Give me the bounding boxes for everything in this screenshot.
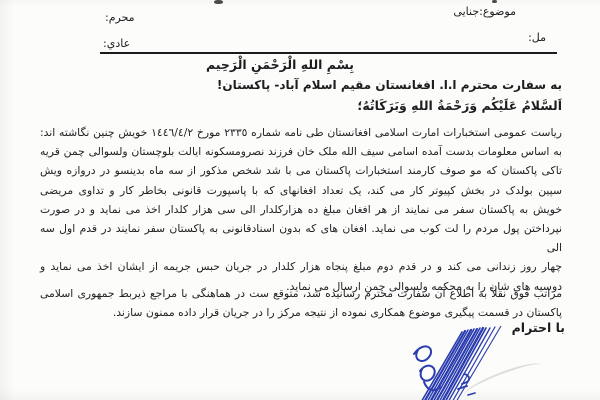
body-line: مراتب فوق نقلاً به اطلاع آن سفارت محترم … xyxy=(40,284,562,303)
body-line: سپین بولدک در بخش کپیوتر کار می کند، یک … xyxy=(40,181,562,200)
body-line: پاکستان در قسمت پیگیری موضوع همکاری نمود… xyxy=(40,303,562,322)
scan-speck xyxy=(492,0,497,3)
body-line: چهار روز زندانی می کند و در قدم دوم مبلغ… xyxy=(40,257,562,276)
header-rule xyxy=(100,52,557,54)
bismillah-text: بِسْمِ اللهِ الْرَحْمَنِ الْرَحِيم xyxy=(100,57,460,72)
body-line: نپرداختن پول مردم را لت کوب می نماید. اف… xyxy=(40,219,562,257)
body-paragraph-1: ریاست عمومی استخبارات امارت اسلامی افغان… xyxy=(40,123,562,296)
classification-aadi-label: عادي: xyxy=(103,37,130,50)
body-line: تاکی پاکستان که مو صوف کارمند استخبارات … xyxy=(40,161,562,180)
body-line: به اساس معلومات بدست آمده اسامی سیف الله… xyxy=(40,142,562,161)
scan-speck xyxy=(214,0,223,4)
classification-mahram-label: محرم: xyxy=(105,11,135,24)
body-paragraph-2: مراتب فوق نقلاً به اطلاع آن سفارت محترم … xyxy=(40,284,562,322)
classification-subject-label: موضوع:جنایی xyxy=(453,5,516,18)
body-line: خویش به پاکستان سفر می نمایند از هر افغا… xyxy=(40,200,562,219)
addressee-line: به سفارت محترم ا.ا. افغانستان مقیم اسلام… xyxy=(217,78,562,92)
scanned-letter-page: موضوع:جنایی مل: محرم: عادي: بِسْمِ اللهِ… xyxy=(0,0,600,400)
body-line: ریاست عمومی استخبارات امارت اسلامی افغان… xyxy=(40,123,562,142)
salutation-line: اَلسَّلامُ عَلَيْكُم وَرَحْمَةُ اللهِ وَ… xyxy=(357,98,562,113)
classification-mel-label: مل: xyxy=(528,31,546,44)
